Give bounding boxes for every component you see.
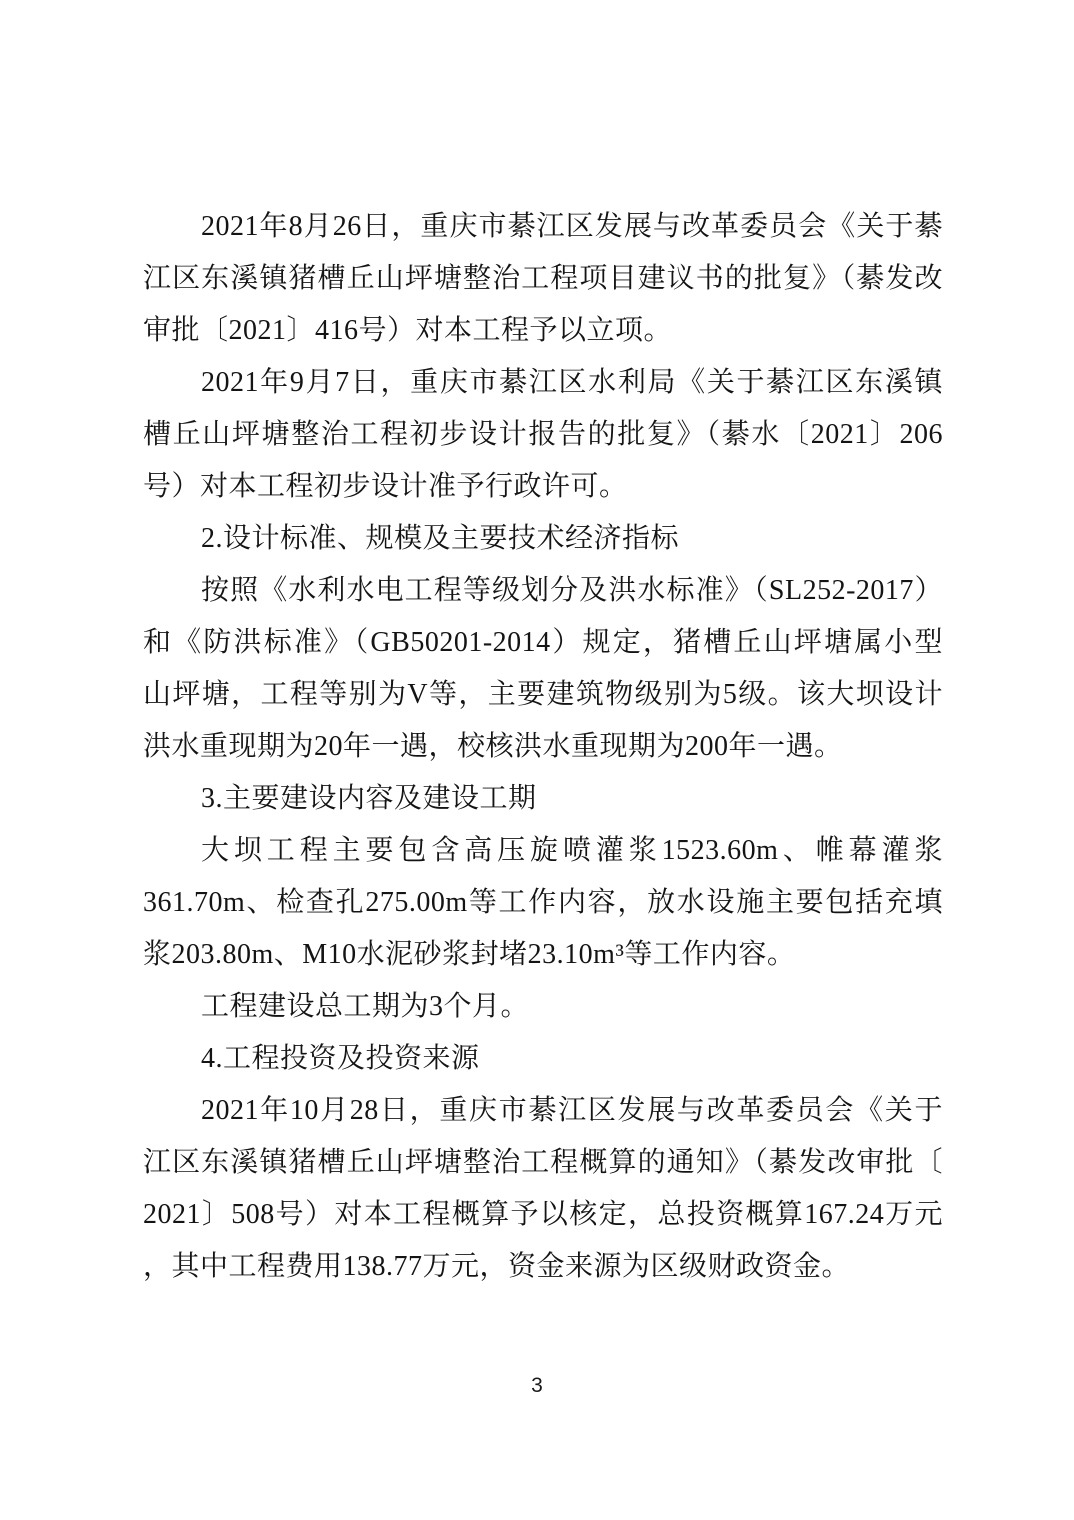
document-page: 2021年8月26日，重庆市綦江区发展与改革委员会《关于綦 江区东溪镇猪槽丘山坪…	[0, 0, 1074, 1520]
paragraph-approval-2021-416: 2021年8月26日，重庆市綦江区发展与改革委员会《关于綦 江区东溪镇猪槽丘山坪…	[143, 201, 943, 357]
paragraph-construction-content: 大坝工程主要包含高压旋喷灌浆1523.60m、帷幕灌浆 361.70m、检查孔2…	[143, 825, 943, 981]
paragraph-construction-period: 工程建设总工期为3个月。	[143, 981, 943, 1033]
text-line: 号）对本工程初步设计准予行政许可。	[143, 461, 943, 513]
text-line: 山坪塘，工程等别为V等，主要建筑物级别为5级。该大坝设计	[143, 669, 943, 721]
text-line: 江区东溪镇猪槽丘山坪塘整治工程概算的通知》（綦发改审批〔	[143, 1137, 943, 1189]
paragraph-investment: 2021年10月28日，重庆市綦江区发展与改革委员会《关于綦 江区东溪镇猪槽丘山…	[143, 1085, 943, 1293]
text-line: 按照《水利水电工程等级划分及洪水标准》（SL252-2017）	[143, 565, 943, 617]
text-line: ，其中工程费用138.77万元，资金来源为区级财政资金。	[143, 1241, 943, 1293]
text-line: 大坝工程主要包含高压旋喷灌浆1523.60m、帷幕灌浆	[143, 825, 943, 877]
heading-section-3: 3.主要建设内容及建设工期	[143, 773, 943, 825]
text-line: 审批〔2021〕416号）对本工程予以立项。	[143, 305, 943, 357]
text-line: 2021年8月26日，重庆市綦江区发展与改革委员会《关于綦	[143, 201, 943, 253]
text-line: 江区东溪镇猪槽丘山坪塘整治工程项目建议书的批复》（綦发改	[143, 253, 943, 305]
heading-section-4: 4.工程投资及投资来源	[143, 1033, 943, 1085]
paragraph-approval-2021-206: 2021年9月7日，重庆市綦江区水利局《关于綦江区东溪镇猪 槽丘山坪塘整治工程初…	[143, 357, 943, 513]
page-footer: 3	[0, 1372, 1074, 1400]
text-line: 4.工程投资及投资来源	[143, 1033, 943, 1085]
document-body: 2021年8月26日，重庆市綦江区发展与改革委员会《关于綦 江区东溪镇猪槽丘山坪…	[143, 201, 943, 1293]
text-line: 洪水重现期为20年一遇，校核洪水重现期为200年一遇。	[143, 721, 943, 773]
text-line: 槽丘山坪塘整治工程初步设计报告的批复》（綦水〔2021〕206	[143, 409, 943, 461]
text-line: 工程建设总工期为3个月。	[143, 981, 943, 1033]
text-line: 和《防洪标准》（GB50201-2014）规定，猪槽丘山坪塘属小型	[143, 617, 943, 669]
text-line: 2.设计标准、规模及主要技术经济指标	[143, 513, 943, 565]
paragraph-design-standards: 按照《水利水电工程等级划分及洪水标准》（SL252-2017） 和《防洪标准》（…	[143, 565, 943, 773]
page-number: 3	[531, 1374, 543, 1397]
text-line: 浆203.80m、M10水泥砂浆封堵23.10m³等工作内容。	[143, 929, 943, 981]
text-line: 2021〕508号）对本工程概算予以核定，总投资概算167.24万元	[143, 1189, 943, 1241]
text-line: 3.主要建设内容及建设工期	[143, 773, 943, 825]
text-line: 2021年10月28日，重庆市綦江区发展与改革委员会《关于綦	[143, 1085, 943, 1137]
text-line: 361.70m、检查孔275.00m等工作内容，放水设施主要包括充填灌	[143, 877, 943, 929]
heading-section-2: 2.设计标准、规模及主要技术经济指标	[143, 513, 943, 565]
text-line: 2021年9月7日，重庆市綦江区水利局《关于綦江区东溪镇猪	[143, 357, 943, 409]
